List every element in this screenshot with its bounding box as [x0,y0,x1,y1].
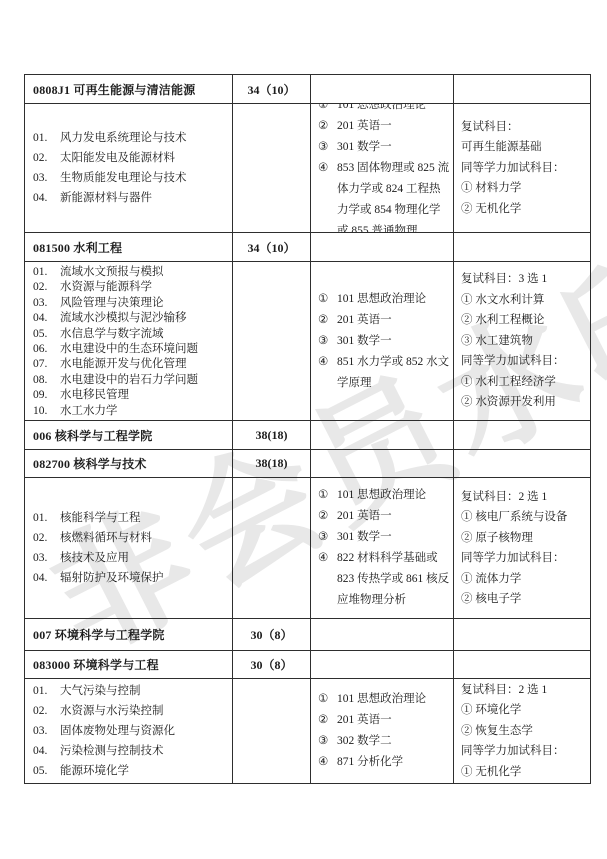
retest-line: ② 无机化学 [461,199,588,220]
retest-line: 复试科目：2 选 1 [461,487,588,508]
quota-cell: 30（8） [233,651,311,678]
quota-cell: 34（10） [233,75,311,103]
direction-item: 02.核燃料循环与材料 [33,528,228,548]
quota-cell: 38(18) [233,450,311,477]
college-title-cell: 006 核科学与工程学院 [25,421,233,449]
direction-item: 04.流域水沙模拟与泥沙输移 [33,311,228,326]
research-directions-cell: 01.核能科学与工程02.核燃料循环与材料03.核技术及应用04.辐射防护及环境… [25,478,233,618]
retest-line: ② 水资源开发利用 [461,392,588,413]
exam-subjects-cell [311,450,454,477]
program-title-cell: 082700 核科学与技术 [25,450,233,477]
exam-subjects-cell: ①101 思想政治理论②201 英语一③302 数学二④871 分析化学 [311,679,454,783]
program-title: 083000 环境科学与工程 [33,656,228,673]
quota-cell [233,478,311,618]
direction-item: 01.核能科学与工程 [33,508,228,528]
quota-value: 34（10） [247,81,295,98]
college-header-row: 006 核科学与工程学院 38(18) [25,421,591,450]
direction-item: 09.水电移民管理 [33,388,228,403]
retest-line: ① 流体力学 [461,569,588,590]
retest-subjects-cell [454,450,591,477]
retest-line: 同等学力加试科目： [461,351,588,372]
research-directions-cell: 01.风力发电系统理论与技术02.太阳能发电及能源材料03.生物质能发电理论与技… [25,104,233,232]
program-title-cell: 083000 环境科学与工程 [25,651,233,678]
retest-line: 复试科目：2 选 1 [461,680,588,701]
retest-subjects-cell: 复试科目：2 选 1① 核电厂系统与设备② 原子核物理同等学力加试科目：① 流体… [454,478,591,618]
quota-cell [233,262,311,420]
exam-subjects-cell [311,233,454,261]
direction-item: 03.生物质能发电理论与技术 [33,168,228,188]
direction-item: 07.水电能源开发与优化管理 [33,357,228,372]
program-title: 081500 水利工程 [33,239,228,256]
exam-subject-item: ④853 固体物理或 825 流体力学或 824 工程热力学或 854 物理化学… [318,158,451,233]
college-header-row: 007 环境科学与工程学院 30（8） [25,619,591,651]
retest-line: ② 核电子学 [461,589,588,610]
program-header-row: 082700 核科学与技术 38(18) [25,450,591,478]
research-directions-cell: 01.流域水文预报与模拟02.水资源与能源科学03.风险管理与决策理论04.流域… [25,262,233,420]
quota-cell [233,104,311,232]
direction-item: 06.水电建设中的生态环境问题 [33,342,228,357]
retest-line: ① 水利工程经济学 [461,372,588,393]
exam-subject-item: ④851 水力学或 852 水文学原理 [318,352,451,394]
exam-subject-item: ③302 数学二 [318,731,451,752]
retest-line: ① 核电厂系统与设备 [461,507,588,528]
quota-value: 38(18) [256,456,288,471]
retest-line: ① 无机化学 [461,762,588,783]
direction-item: 08.水电建设中的岩石力学问题 [33,373,228,388]
program-title: 082700 核科学与技术 [33,455,228,472]
retest-subjects-cell: 复试科目：可再生能源基础同等学力加试科目：① 材料力学② 无机化学 [454,104,591,232]
quota-cell: 38(18) [233,421,311,449]
program-title: 0808J1 可再生能源与清洁能源 [33,81,228,98]
retest-subjects-cell [454,421,591,449]
quota-value: 30（8） [250,656,292,673]
direction-item: 02.水资源与能源科学 [33,280,228,295]
retest-line: ③ 水工建筑物 [461,331,588,352]
exam-subject-item: ②201 英语一 [318,310,451,331]
exam-subjects-cell [311,651,454,678]
program-title-cell: 081500 水利工程 [25,233,233,261]
direction-item: 03.风险管理与决策理论 [33,296,228,311]
retest-line: ② 原子核物理 [461,528,588,549]
direction-item: 10.水工水力学 [33,404,228,419]
retest-line: ② 水利工程概论 [461,310,588,331]
retest-line: 同等学力加试科目： [461,741,588,762]
exam-subjects-cell: ①101 思想政治理论②201 英语一③301 数学一④853 固体物理或 82… [311,104,454,232]
exam-subject-item: ②201 英语一 [318,116,451,137]
retest-subjects-cell [454,75,591,103]
retest-line: ① 材料力学 [461,178,588,199]
research-directions-cell: 01.大气污染与控制02.水资源与水污染控制03.固体废物处理与资源化04.污染… [25,679,233,783]
quota-cell [233,679,311,783]
exam-subject-item: ②201 英语一 [318,710,451,731]
retest-subjects-cell: 复试科目：2 选 1① 环境化学② 恢复生态学同等学力加试科目：① 无机化学 [454,679,591,783]
retest-subjects-cell [454,233,591,261]
program-detail-row: 01.核能科学与工程02.核燃料循环与材料03.核技术及应用04.辐射防护及环境… [25,478,591,619]
quota-value: 34（10） [247,239,295,256]
retest-line: ① 环境化学 [461,700,588,721]
exam-subjects-cell: ①101 思想政治理论②201 英语一③301 数学一④822 材料科学基础或 … [311,478,454,618]
college-title: 006 核科学与工程学院 [33,427,228,444]
exam-subject-item: ②201 英语一 [318,506,451,527]
quota-cell: 34（10） [233,233,311,261]
exam-subjects-cell: ①101 思想政治理论②201 英语一③301 数学一④851 水力学或 852… [311,262,454,420]
direction-item: 05.水信息学与数字流域 [33,327,228,342]
exam-subject-item: ③301 数学一 [318,527,451,548]
exam-subject-item: ①101 思想政治理论 [318,289,451,310]
program-header-row: 083000 环境科学与工程 30（8） [25,651,591,679]
exam-subjects-cell [311,619,454,650]
retest-line: 复试科目：3 选 1 [461,269,588,290]
exam-subject-item: ④822 材料科学基础或 823 传热学或 861 核反应堆物理分析 [318,548,451,611]
program-detail-row: 01.流域水文预报与模拟02.水资源与能源科学03.风险管理与决策理论04.流域… [25,262,591,421]
exam-subject-item: ④871 分析化学 [318,752,451,773]
retest-subjects-cell [454,651,591,678]
quota-value: 30（8） [250,626,292,643]
direction-item: 05.能源环境化学 [33,761,228,781]
program-detail-row: 01.大气污染与控制02.水资源与水污染控制03.固体废物处理与资源化04.污染… [25,679,591,784]
quota-cell: 30（8） [233,619,311,650]
program-detail-row: 01.风力发电系统理论与技术02.太阳能发电及能源材料03.生物质能发电理论与技… [25,104,591,233]
exam-subject-item: ①101 思想政治理论 [318,485,451,506]
program-header-row: 081500 水利工程 34（10） [25,233,591,262]
exam-subjects-cell [311,75,454,103]
exam-subject-item: ①101 思想政治理论 [318,689,451,710]
college-title: 007 环境科学与工程学院 [33,626,228,643]
direction-item: 03.核技术及应用 [33,548,228,568]
direction-item: 01.流域水文预报与模拟 [33,265,228,280]
program-header-row: 0808J1 可再生能源与清洁能源 34（10） [25,75,591,104]
retest-line: ② 恢复生态学 [461,721,588,742]
direction-item: 04.新能源材料与器件 [33,188,228,208]
direction-item: 01.大气污染与控制 [33,681,228,701]
direction-item: 02.水资源与水污染控制 [33,701,228,721]
retest-line: 同等学力加试科目： [461,548,588,569]
direction-item: 02.太阳能发电及能源材料 [33,148,228,168]
exam-subject-item: ③301 数学一 [318,331,451,352]
direction-item: 01.风力发电系统理论与技术 [33,128,228,148]
retest-line: ① 水文水利计算 [461,290,588,311]
direction-item: 04.辐射防护及环境保护 [33,568,228,588]
exam-subject-item: ①101 思想政治理论 [318,104,451,116]
direction-item: 04.污染检测与控制技术 [33,741,228,761]
retest-line: 同等学力加试科目： [461,158,588,179]
admissions-table: 0808J1 可再生能源与清洁能源 34（10） 01.风力发电系统理论与技术0… [24,74,591,784]
retest-subjects-cell: 复试科目：3 选 1① 水文水利计算② 水利工程概论③ 水工建筑物同等学力加试科… [454,262,591,420]
retest-line: 可再生能源基础 [461,137,588,158]
college-title-cell: 007 环境科学与工程学院 [25,619,233,650]
exam-subjects-cell [311,421,454,449]
retest-line: 复试科目： [461,117,588,138]
retest-subjects-cell [454,619,591,650]
admissions-catalog-page: 非会员水印 0808J1 可再生能源与清洁能源 34（10） 01.风力发电系统… [0,0,607,859]
exam-subject-item: ③301 数学一 [318,137,451,158]
quota-value: 38(18) [256,428,288,443]
program-title-cell: 0808J1 可再生能源与清洁能源 [25,75,233,103]
direction-item: 03.固体废物处理与资源化 [33,721,228,741]
